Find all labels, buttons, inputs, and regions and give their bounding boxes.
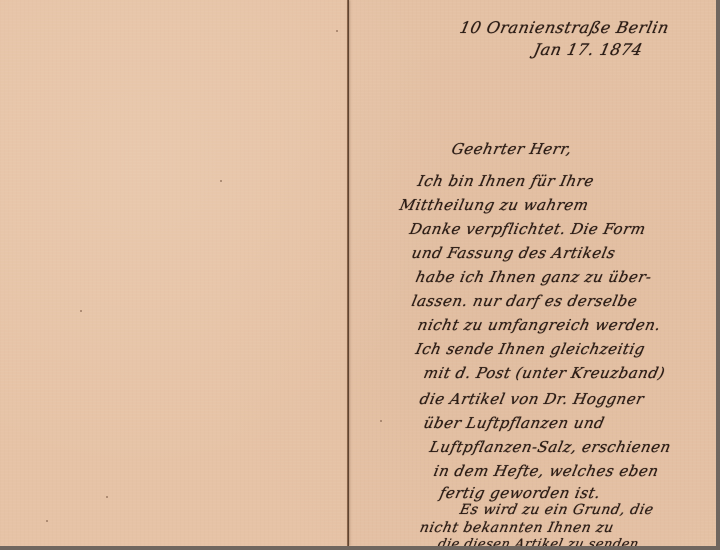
letter-line: nicht bekannten Ihnen zu <box>418 520 615 536</box>
letter-scan: 10 Oranienstraße Berlin Jan 17. 1874 Gee… <box>0 0 720 550</box>
letter-line: lassen. nur darf es derselbe <box>410 292 639 310</box>
letter-line: Luftpflanzen-Salz, erschienen <box>428 438 673 456</box>
paper-speck <box>80 310 82 312</box>
letter-line: in dem Hefte, welches eben <box>432 462 660 480</box>
letter-line: habe ich Ihnen ganz zu über- <box>414 268 653 286</box>
letter-line: und Fassung des Artikels <box>410 244 617 262</box>
paper-speck <box>380 420 382 422</box>
letter-line: fertig geworden ist. <box>438 484 602 502</box>
letter-line: Es wird zu ein Grund, die <box>458 502 655 518</box>
left-page-blank <box>0 0 348 546</box>
letter-line: die diesen Artikel zu senden. <box>436 537 645 550</box>
letter-line: mit d. Post (unter Kreuzband) <box>422 364 667 382</box>
paper-speck <box>46 520 48 522</box>
letter-line: die Artikel von Dr. Hoggner <box>418 390 646 408</box>
letter-address: 10 Oranienstraße Berlin <box>458 18 671 37</box>
letter-line: Ich bin Ihnen für Ihre <box>416 172 596 190</box>
letter-line: nicht zu umfangreich werden. <box>416 316 663 334</box>
letter-line: Mittheilung zu wahrem <box>398 196 590 214</box>
paper-speck <box>336 30 338 32</box>
letter-date: Jan 17. 1874 <box>532 40 645 59</box>
letter-line: Danke verpflichtet. Die Form <box>408 220 647 238</box>
letter-line: über Luftpflanzen und <box>422 414 606 432</box>
letter-salutation: Geehrter Herr, <box>450 140 574 158</box>
paper-speck <box>220 180 222 182</box>
center-fold <box>347 0 349 546</box>
paper-speck <box>106 496 108 498</box>
letter-line: Ich sende Ihnen gleichzeitig <box>414 340 647 358</box>
